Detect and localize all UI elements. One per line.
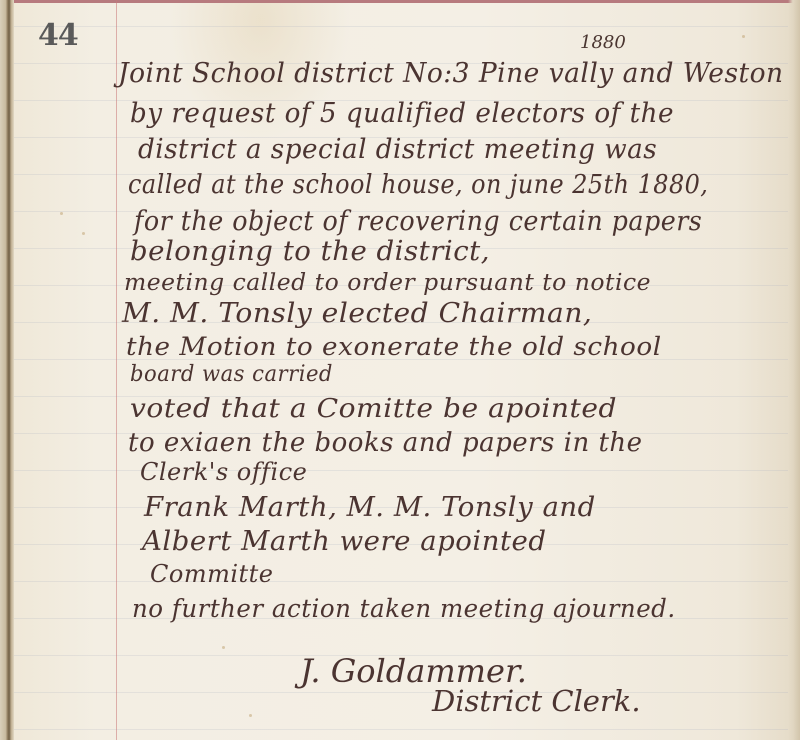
- paper-stain: [249, 714, 252, 717]
- handwritten-line: to exiaen the books and papers in the: [128, 428, 643, 458]
- handwritten-line: belonging to the district,: [130, 236, 490, 267]
- margin-line: [116, 0, 117, 740]
- handwritten-line: M. M. Tonsly elected Chairman,: [122, 298, 592, 329]
- paper-stain: [60, 212, 63, 215]
- handwritten-line: the Motion to exonerate the old school: [126, 332, 662, 361]
- year-heading: 1880: [580, 32, 626, 53]
- handwritten-line: for the object of recovering certain pap…: [134, 206, 702, 237]
- handwritten-line-title: Joint School district No:3 Pine vally an…: [118, 58, 784, 89]
- paper-stain: [222, 646, 225, 649]
- book-binding-edge: [0, 0, 14, 740]
- page-right-edge: [788, 0, 800, 740]
- handwritten-line: meeting called to order pursuant to noti…: [124, 270, 651, 296]
- handwritten-line: no further action taken meeting ajourned…: [132, 594, 676, 623]
- paper-stain: [742, 35, 745, 38]
- paper-stain: [82, 232, 85, 235]
- handwritten-line: Clerk's office: [140, 458, 307, 486]
- ledger-page: 44 1880 Joint School district No:3 Pine …: [0, 0, 800, 740]
- handwritten-line: Frank Marth, M. M. Tonsly and: [144, 492, 596, 523]
- handwritten-line: voted that a Comitte be apointed: [130, 394, 617, 424]
- handwritten-line: called at the school house, on june 25th…: [128, 170, 708, 200]
- signature-title: District Clerk.: [432, 684, 641, 718]
- handwritten-line: Committe: [150, 560, 274, 588]
- handwritten-line: by request of 5 qualified electors of th…: [130, 98, 674, 129]
- page-number: 44: [38, 18, 78, 53]
- handwritten-line: board was carried: [130, 362, 333, 387]
- handwritten-line: Albert Marth were apointed: [142, 526, 546, 557]
- handwritten-line: district a special district meeting was: [138, 134, 657, 165]
